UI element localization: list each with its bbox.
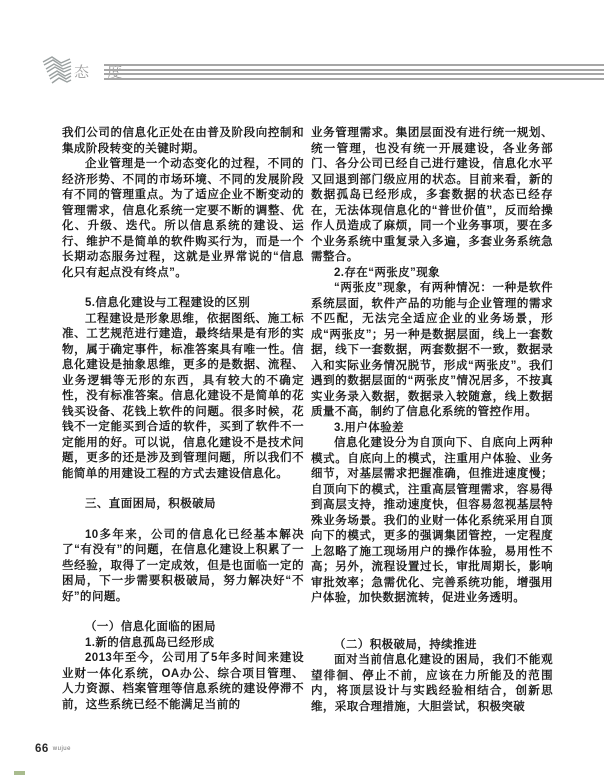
page-number: 66: [35, 743, 49, 755]
right-column: 业务管理需求。集团层面没有进行统一规划、统一管理，也没有统一开展建设，各业务部门…: [311, 126, 553, 730]
paragraph: 业务管理需求。集团层面没有进行统一规划、统一管理，也没有统一开展建设，各业务部门…: [311, 126, 553, 266]
magazine-page: 态 度 我们公司的信息化正处在由普及阶段向控制和集成阶段转变的关键时期。企业管理…: [0, 0, 609, 780]
page-footer: 66wujue: [35, 739, 71, 755]
header-rule: [104, 73, 604, 75]
header-rule: [104, 69, 604, 71]
paragraph: 工程建设是形象思维，依据图纸、施工标准、工艺规范进行建造，最终结果是有形的实物，…: [62, 312, 304, 483]
paragraph: 10多年来，公司的信息化已经基本解决了“有没有”的问题，在信息化建设上积累了一些…: [62, 528, 304, 606]
paragraph: 2013年至今，公司用了5年多时间来建设业财一体化系统，OA办公、综合项目管理、…: [62, 651, 304, 713]
corner-mark: [14, 771, 25, 775]
journal-name: wujue: [53, 746, 71, 752]
left-column: 我们公司的信息化正处在由普及阶段向控制和集成阶段转变的关键时期。企业管理是一个动…: [62, 126, 304, 730]
section-heading: 1.新的信息孤岛已经形成: [62, 636, 304, 652]
paragraph: “两张皮”现象，有两种情况：一种是软件系统层面，软件产品的功能与企业管理的需求不…: [311, 281, 553, 421]
header-rule: [104, 78, 604, 80]
paragraph: 面对当前信息化建设的困局，我们不能观望徘徊、停止不前，应该在力所能及的范围内，将…: [311, 653, 553, 715]
article-body: 我们公司的信息化正处在由普及阶段向控制和集成阶段转变的关键时期。企业管理是一个动…: [62, 126, 553, 730]
paragraph: 信息化建设分为自顶向下、自底向上两种模式。自底向上的模式，注重用户体验、业务细节…: [311, 436, 553, 607]
paragraph: 我们公司的信息化正处在由普及阶段向控制和集成阶段转变的关键时期。: [62, 126, 304, 157]
section-heading: 5.信息化建设与工程建设的区别: [62, 296, 304, 312]
section-heading: 3.用户体验差: [311, 421, 553, 437]
section-heading: （一）信息化面临的困局: [62, 620, 304, 636]
wave-logo-icon: [42, 56, 72, 84]
header-rule: [104, 64, 604, 66]
section-heading: 2.存在“两张皮”现象: [311, 266, 553, 282]
section-heading: 三、直面困局，积极破局: [62, 497, 304, 513]
header-rules: [104, 64, 604, 82]
section-heading: （二）积极破局，持续推进: [311, 638, 553, 654]
page-header: 态 度: [0, 0, 609, 95]
paragraph: 企业管理是一个动态变化的过程，不同的经济形势、不同的市场环境、不同的发展阶段有不…: [62, 157, 304, 281]
